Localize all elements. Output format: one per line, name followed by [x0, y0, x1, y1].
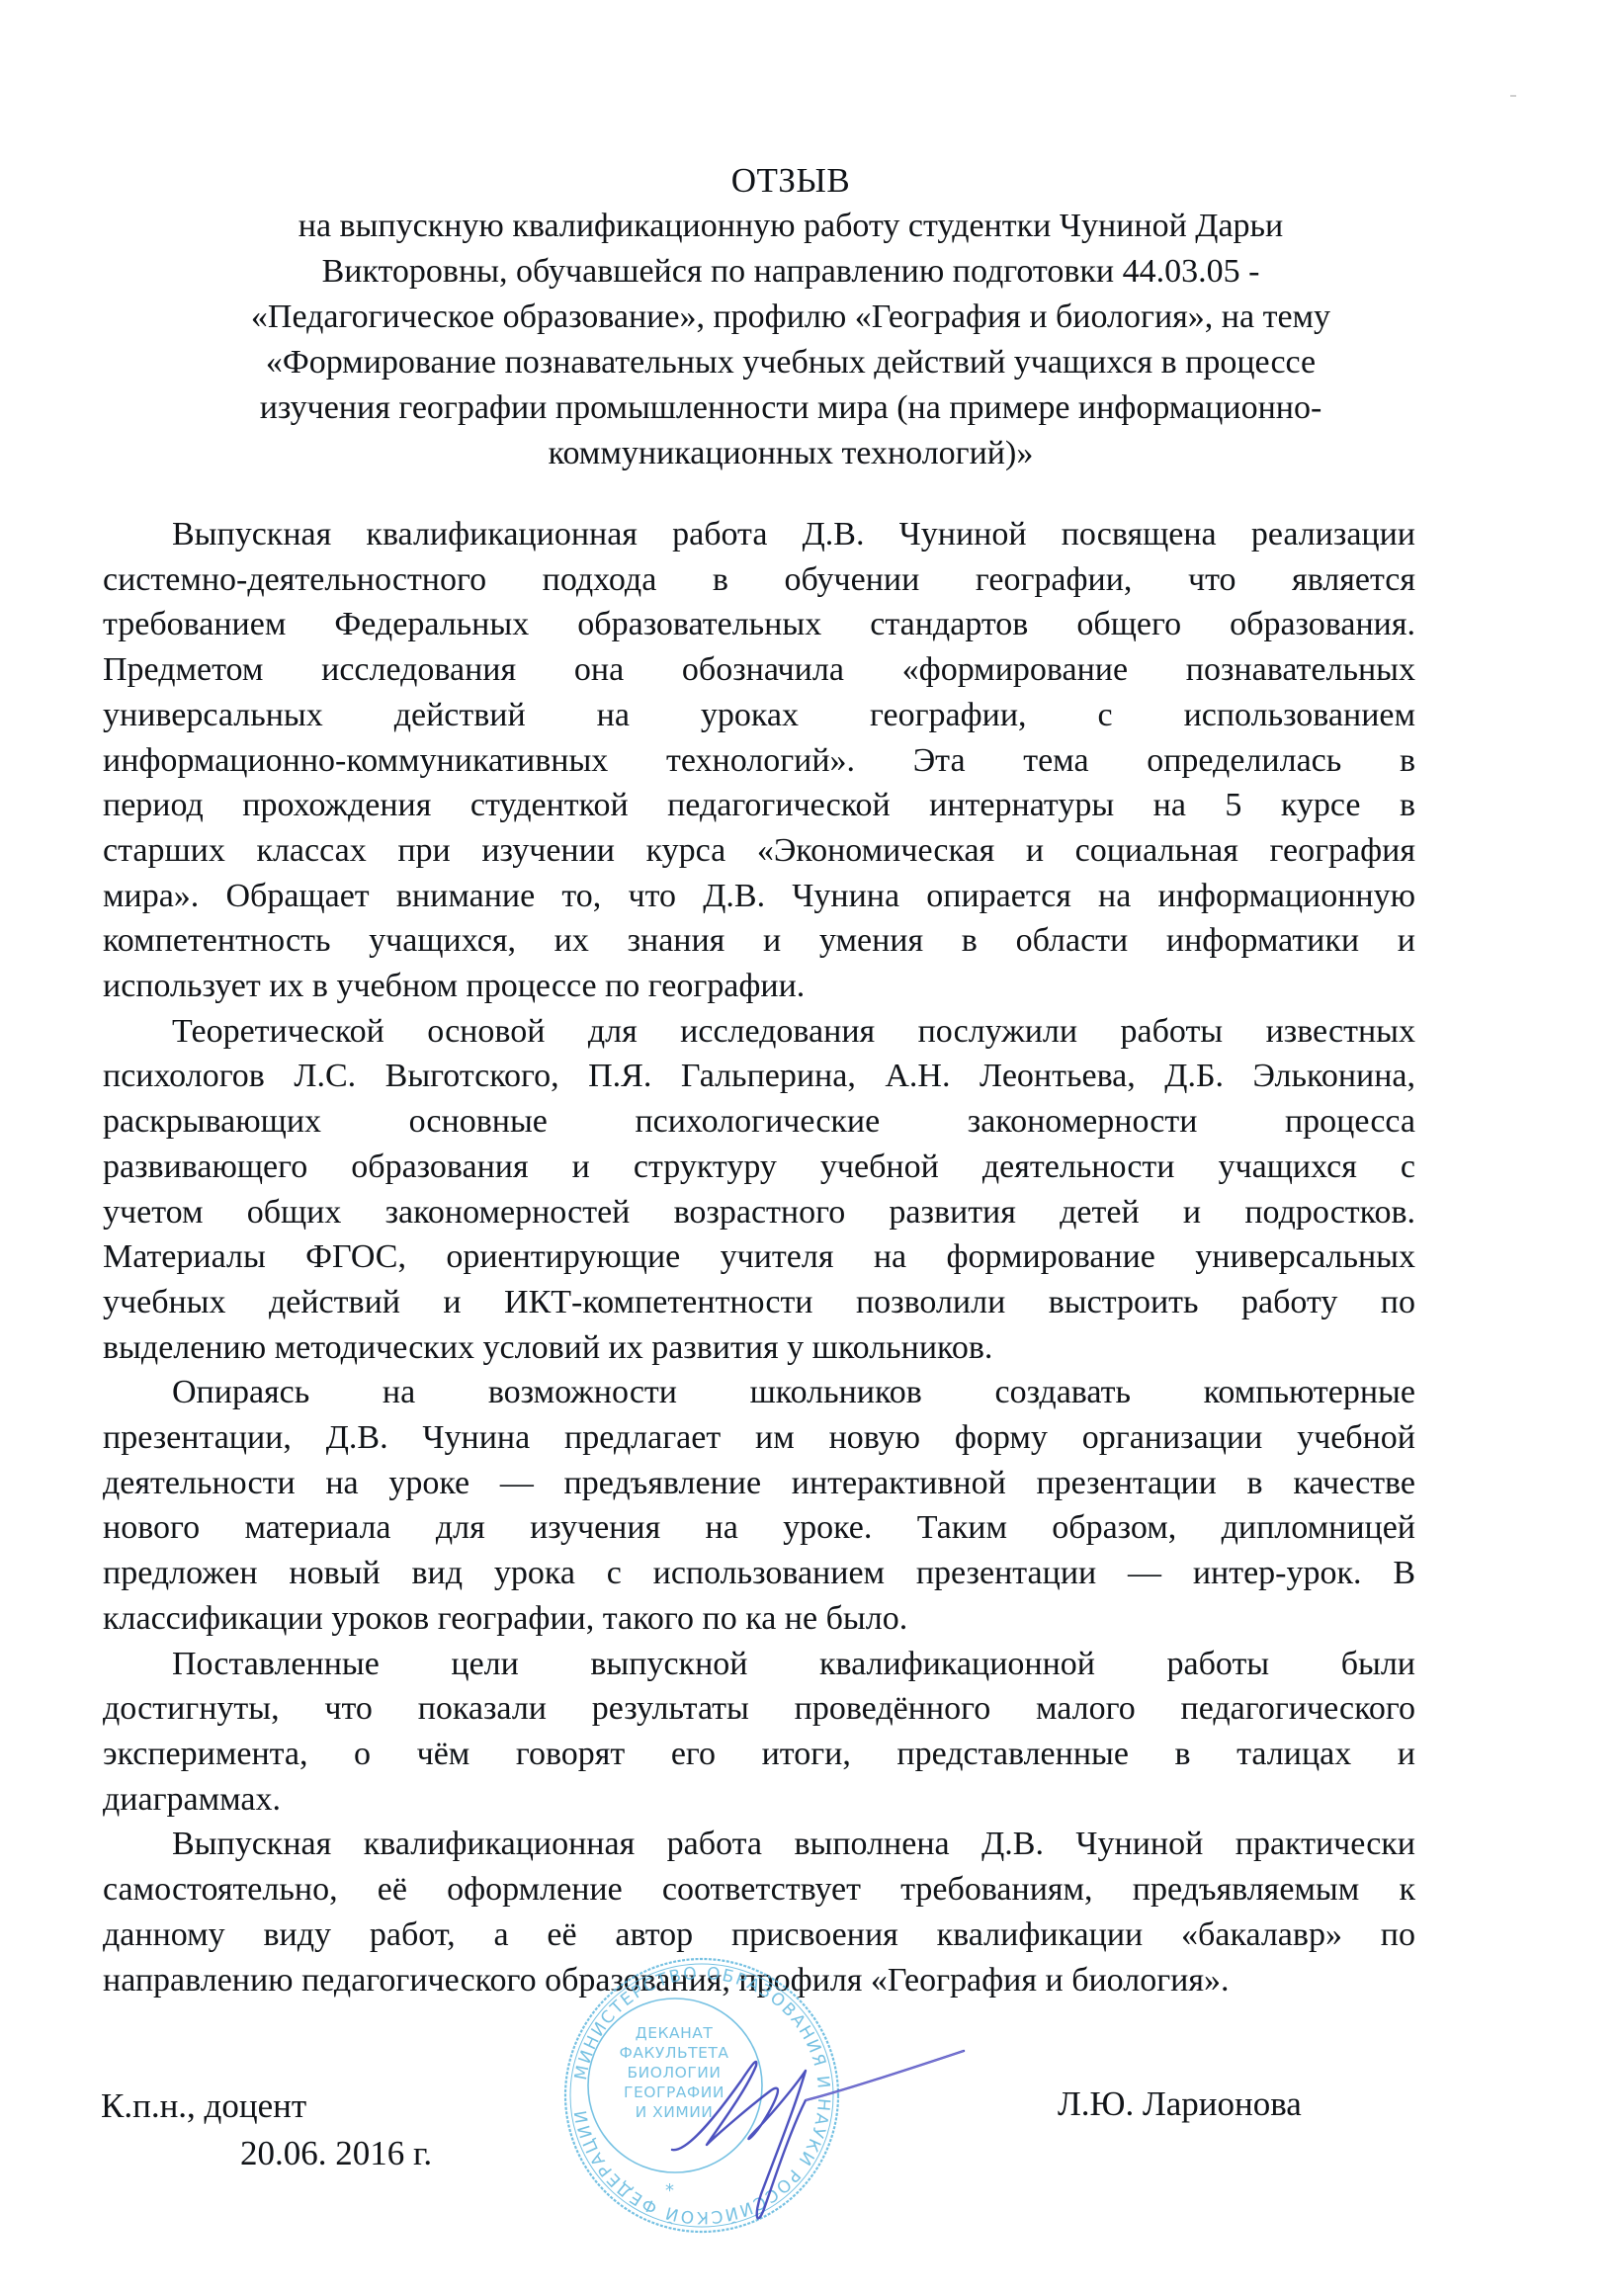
text-line: Предметом исследования она обозначила «ф… [103, 647, 1415, 693]
handwritten-signature-icon [647, 2036, 974, 2234]
text-line: использует их в учебном процессе по геог… [103, 964, 1415, 1009]
text-line: мира». Обращает внимание то, что Д.В. Чу… [103, 874, 1415, 919]
header-line: изучения географии промышленности мира (… [148, 385, 1433, 431]
paragraph-intro: Выпускная квалификационная работа Д.В. Ч… [103, 512, 1415, 1009]
text-line: предложен новый вид урока с использовани… [103, 1551, 1415, 1596]
header-line: «Педагогическое образование», профилю «Г… [148, 295, 1433, 340]
text-line: данному виду работ, а её автор присвоени… [103, 1913, 1415, 1958]
document-page: ОТЗЫВ на выпускную квалификационную рабо… [0, 0, 1619, 2296]
document-title: ОТЗЫВ [148, 158, 1433, 204]
review-date: 20.06. 2016 г. [240, 2131, 432, 2176]
paragraph-results: Поставленные цели выпускной квалификацио… [103, 1642, 1415, 1823]
text-line: универсальных действий на уроках географ… [103, 693, 1415, 738]
document-body: Выпускная квалификационная работа Д.В. Ч… [103, 512, 1415, 2002]
text-line: учетом общих закономерностей возрастного… [103, 1190, 1415, 1235]
paragraph-theory: Теоретической основой для исследования п… [103, 1009, 1415, 1371]
text-line: старших классах при изучении курса «Экон… [103, 828, 1415, 874]
text-line: период прохождения студенткой педагогиче… [103, 783, 1415, 828]
text-line: системно-деятельностного подхода в обуче… [103, 557, 1415, 603]
text-line: самостоятельно, её оформление соответств… [103, 1867, 1415, 1913]
reviewer-name: Л.Ю. Ларионова [1058, 2082, 1302, 2127]
header-line: коммуникационных технологий)» [148, 431, 1433, 476]
text-line: Опираясь на возможности школьников созда… [103, 1370, 1415, 1415]
text-line: эксперимента, о чём говорят его итоги, п… [103, 1732, 1415, 1777]
text-line: классификации уроков географии, такого п… [103, 1596, 1415, 1642]
text-line: компетентность учащихся, их знания и уме… [103, 918, 1415, 964]
text-line: нового материала для изучения на уроке. … [103, 1505, 1415, 1551]
text-line: деятельности на уроке — предъявление инт… [103, 1461, 1415, 1506]
text-line: Поставленные цели выпускной квалификацио… [103, 1642, 1415, 1687]
reviewer-position: К.п.н., доцент [101, 2083, 306, 2129]
text-line: Выпускная квалификационная работа выполн… [103, 1822, 1415, 1867]
document-header: ОТЗЫВ на выпускную квалификационную рабо… [148, 158, 1433, 476]
header-line: Викторовны, обучавшейся по направлению п… [148, 249, 1433, 295]
text-line: Выпускная квалификационная работа Д.В. Ч… [103, 512, 1415, 557]
text-line: презентации, Д.В. Чунина предлагает им н… [103, 1415, 1415, 1461]
paragraph-method: Опираясь на возможности школьников созда… [103, 1370, 1415, 1641]
text-line: информационно-коммуникативных технологий… [103, 738, 1415, 784]
scan-artifact [1510, 95, 1516, 97]
text-line: раскрывающих основные психологические за… [103, 1099, 1415, 1145]
text-line: развивающего образования и структуру уче… [103, 1145, 1415, 1190]
header-line: на выпускную квалификационную работу сту… [148, 204, 1433, 249]
text-line: Теоретической основой для исследования п… [103, 1009, 1415, 1055]
text-line: учебных действий и ИКТ-компетентности по… [103, 1280, 1415, 1325]
text-line: достигнуты, что показали результаты пров… [103, 1686, 1415, 1732]
text-line: Материалы ФГОС, ориентирующие учителя на… [103, 1234, 1415, 1280]
text-line: диаграммах. [103, 1777, 1415, 1823]
text-line: требованием Федеральных образовательных … [103, 602, 1415, 647]
header-line: «Формирование познавательных учебных дей… [148, 340, 1433, 385]
text-line: психологов Л.С. Выготского, П.Я. Гальпер… [103, 1054, 1415, 1099]
text-line: выделению методических условий их развит… [103, 1325, 1415, 1371]
